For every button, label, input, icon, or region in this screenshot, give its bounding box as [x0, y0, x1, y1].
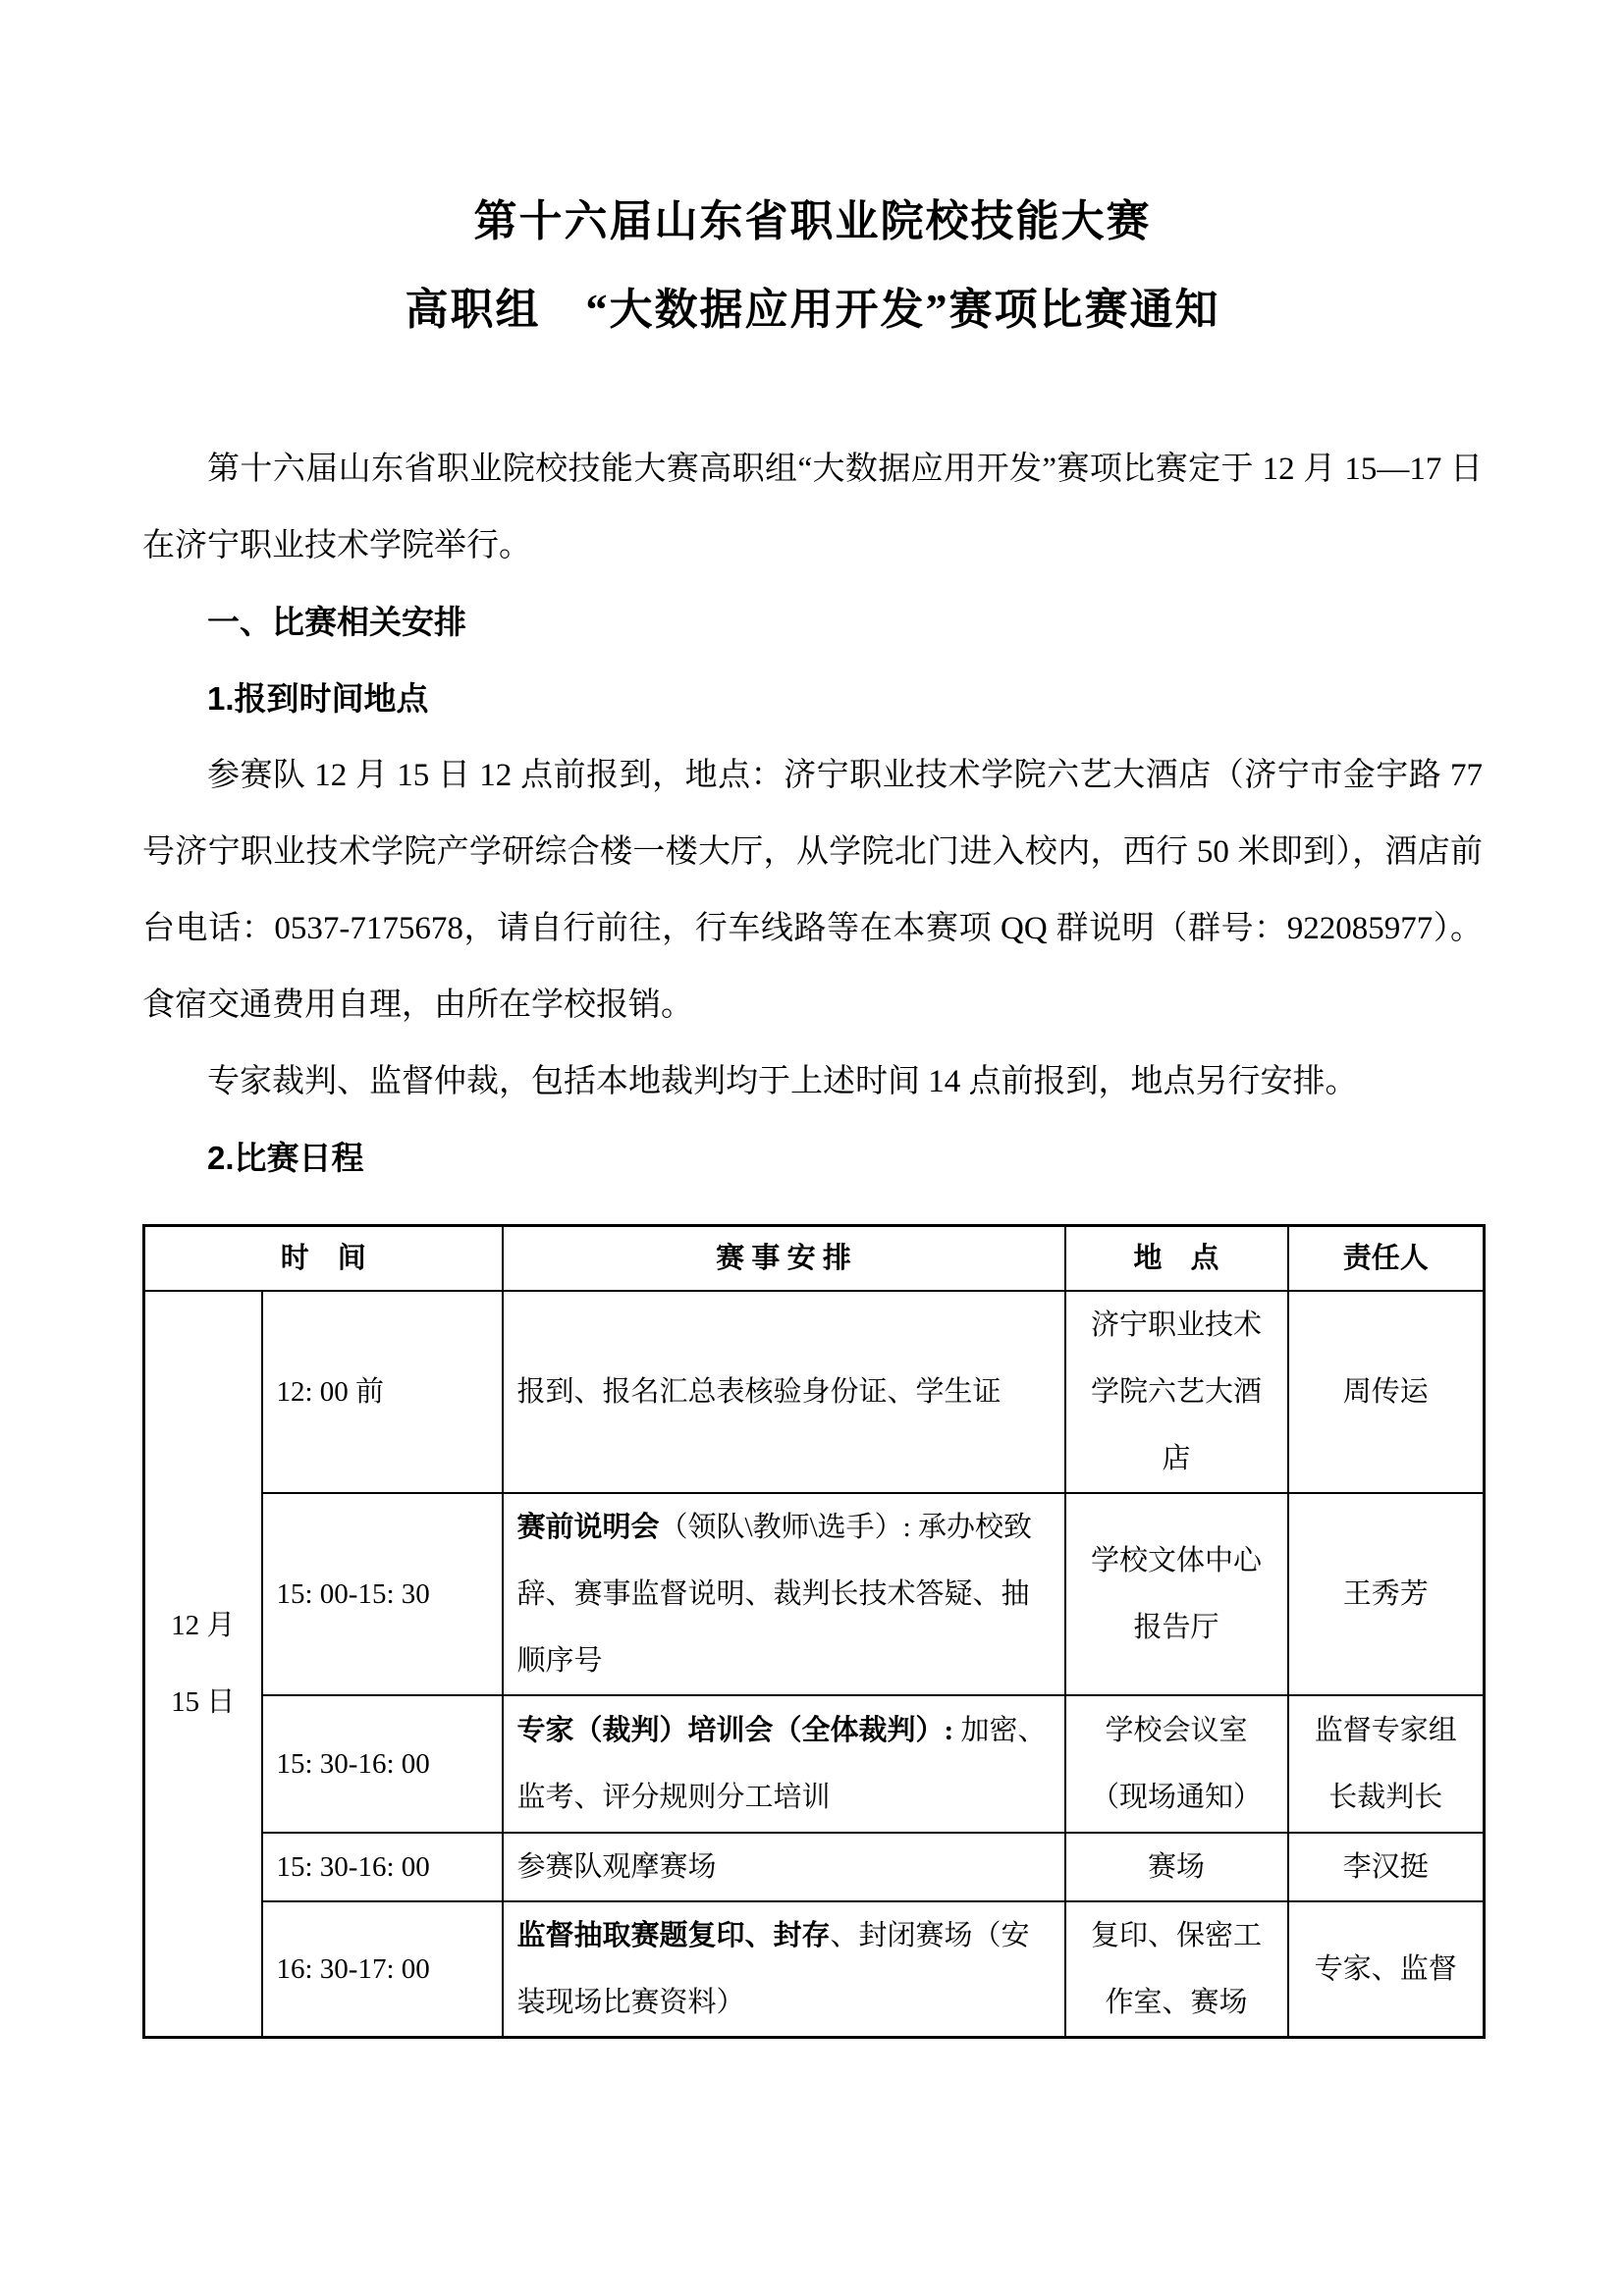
location-cell: 济宁职业技术学院六艺大酒店 [1065, 1291, 1288, 1493]
person-cell: 李汉挺 [1288, 1833, 1485, 1901]
notice-document: 第十六届山东省职业院校技能大赛 高职组 “大数据应用开发”赛项比赛通知 第十六届… [0, 0, 1624, 2296]
table-header-row: 时 间 赛 事 安 排 地 点 责任人 [144, 1226, 1485, 1291]
time-cell: 15: 30-16: 00 [262, 1695, 503, 1833]
header-location: 地 点 [1065, 1226, 1288, 1291]
person-cell: 王秀芳 [1288, 1493, 1485, 1695]
location-cell: 复印、保密工作室、赛场 [1065, 1901, 1288, 2038]
event-cell: 参赛队观摩赛场 [503, 1833, 1065, 1901]
location-cell: 赛场 [1065, 1833, 1288, 1901]
event-cell: 报到、报名汇总表核验身份证、学生证 [503, 1291, 1065, 1493]
event-cell: 监督抽取赛题复印、封存、封闭赛场（安装现场比赛资料） [503, 1901, 1065, 2038]
document-title-line2: 高职组 “大数据应用开发”赛项比赛通知 [142, 266, 1483, 354]
table-row: 15: 00-15: 30 赛前说明会（领队\教师\选手）: 承办校致辞、赛事监… [144, 1493, 1485, 1695]
intro-paragraph: 第十六届山东省职业院校技能大赛高职组“大数据应用开发”赛项比赛定于 12 月 1… [142, 431, 1483, 584]
table-row: 15: 30-16: 00 专家（裁判）培训会（全体裁判）: 加密、监考、评分规… [144, 1695, 1485, 1833]
event-cell: 专家（裁判）培训会（全体裁判）: 加密、监考、评分规则分工培训 [503, 1695, 1065, 1833]
header-person: 责任人 [1288, 1226, 1485, 1291]
document-title-line1: 第十六届山东省职业院校技能大赛 [142, 178, 1483, 266]
date-line1: 12 月 [159, 1594, 247, 1657]
event-bold-text: 赛前说明会 [517, 1512, 660, 1543]
schedule-table: 时 间 赛 事 安 排 地 点 责任人 12 月 15 日 12: 00 前 报… [142, 1224, 1486, 2039]
person-cell: 监督专家组长裁判长 [1288, 1695, 1485, 1833]
judges-paragraph: 专家裁判、监督仲裁，包括本地裁判均于上述时间 14 点前报到，地点另行安排。 [142, 1043, 1483, 1120]
subsection-heading-schedule: 2.比赛日程 [142, 1120, 1483, 1197]
event-cell: 赛前说明会（领队\教师\选手）: 承办校致辞、赛事监督说明、裁判长技术答疑、抽顺… [503, 1493, 1065, 1695]
document-title: 第十六届山东省职业院校技能大赛 高职组 “大数据应用开发”赛项比赛通知 [142, 178, 1483, 354]
table-row: 16: 30-17: 00 监督抽取赛题复印、封存、封闭赛场（安装现场比赛资料）… [144, 1901, 1485, 2038]
section-heading-arrangements: 一、比赛相关安排 [142, 584, 1483, 661]
event-text: 参赛队观摩赛场 [517, 1851, 717, 1883]
event-bold-text: 监督抽取赛题复印、封存 [517, 1920, 831, 1951]
time-cell: 12: 00 前 [262, 1291, 503, 1493]
time-cell: 15: 30-16: 00 [262, 1833, 503, 1901]
date-cell: 12 月 15 日 [144, 1291, 262, 2038]
location-cell: 学校会议室（现场通知） [1065, 1695, 1288, 1833]
header-event: 赛 事 安 排 [503, 1226, 1065, 1291]
event-bold-text: 专家（裁判）培训会（全体裁判）: [517, 1715, 961, 1746]
date-line2: 15 日 [159, 1671, 247, 1734]
table-row: 12 月 15 日 12: 00 前 报到、报名汇总表核验身份证、学生证 济宁职… [144, 1291, 1485, 1493]
table-row: 15: 30-16: 00 参赛队观摩赛场 赛场 李汉挺 [144, 1833, 1485, 1901]
location-cell: 学校文体中心报告厅 [1065, 1493, 1288, 1695]
subsection-heading-registration: 1.报到时间地点 [142, 661, 1483, 737]
header-time: 时 间 [144, 1226, 503, 1291]
registration-paragraph: 参赛队 12 月 15 日 12 点前报到，地点：济宁职业技术学院六艺大酒店（济… [142, 737, 1483, 1043]
person-cell: 专家、监督 [1288, 1901, 1485, 2038]
time-cell: 15: 00-15: 30 [262, 1493, 503, 1695]
time-cell: 16: 30-17: 00 [262, 1901, 503, 2038]
event-text: 报到、报名汇总表核验身份证、学生证 [517, 1376, 1001, 1408]
person-cell: 周传运 [1288, 1291, 1485, 1493]
